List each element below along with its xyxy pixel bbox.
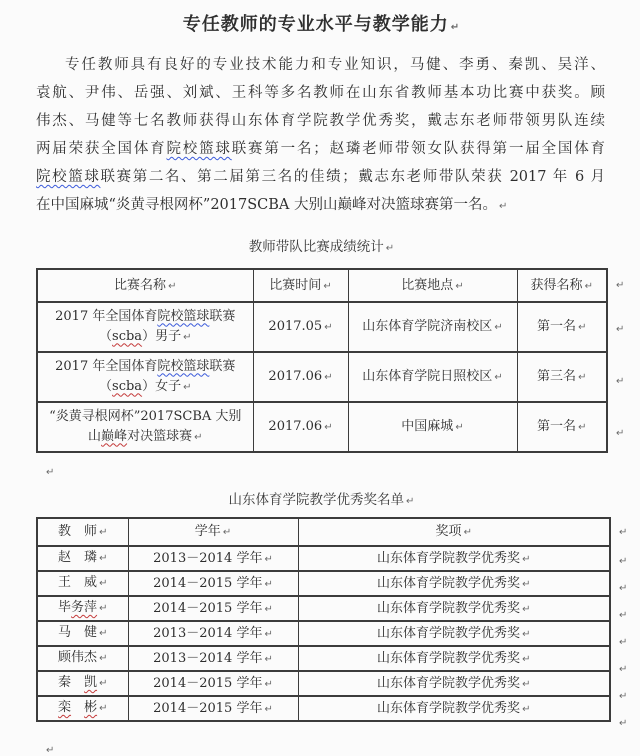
cell-award: 第三名↵ <box>517 352 607 402</box>
cell-line: 王 威↵ <box>40 573 126 594</box>
awards-table-block: 教 师↵学年↵奖项↵ 赵 璘↵2013－2014 学年↵山东体育学院教学优秀奖↵… <box>36 517 607 737</box>
results-table: 比赛名称↵比赛时间↵比赛地点↵获得名称↵ 2017 年全国体育院校篮球联赛（sc… <box>36 268 608 453</box>
return-mark: ↵ <box>522 604 530 615</box>
return-mark: ↵ <box>183 332 191 343</box>
cell-line: （scba）男子↵ <box>40 327 251 348</box>
return-mark: ↵ <box>324 422 332 433</box>
table-row: 2017 年全国体育院校篮球联赛（scba）女子↵2017.06↵山东体育学院日… <box>37 352 607 402</box>
results-table-rail: ↵↵↵↵ <box>608 268 624 459</box>
text-segment: 山 <box>88 429 101 444</box>
return-mark: ↵ <box>451 22 460 33</box>
text-segment: 马 健 <box>58 625 97 640</box>
results-table-caption-text: 教师带队比赛成绩统计 <box>249 239 384 255</box>
cell-line: 顾伟杰↵ <box>40 648 126 669</box>
empty-paragraph: ↵ <box>44 463 607 477</box>
text-segment: （ <box>99 329 112 344</box>
awards-table: 教 师↵学年↵奖项↵ 赵 璘↵2013－2014 学年↵山东体育学院教学优秀奖↵… <box>36 517 611 722</box>
text-segment: 联赛 <box>209 359 235 374</box>
cell-time: 2017.06↵ <box>253 402 348 452</box>
column-header: 比赛时间↵ <box>253 269 348 302</box>
text-segment: 院校篮球 <box>157 359 209 374</box>
cell-name: 2017 年全国体育院校篮球联赛（scba）女子↵ <box>37 352 253 402</box>
cell-text: 第一名 <box>537 419 576 434</box>
return-mark: ↵ <box>99 678 107 689</box>
return-mark: ↵ <box>223 527 231 538</box>
cell-year: 2013－2014 学年↵ <box>128 546 298 571</box>
return-mark: ↵ <box>46 467 54 478</box>
row-end-mark: ↵ <box>611 629 627 656</box>
text-segment: 伟杰、马健等七名教师获得山东体育学院教学优秀奖，戴志东老师带领男队连续 <box>36 113 605 129</box>
text-segment: “炎黄寻根网杯”2017SCBA 大别 <box>49 409 241 424</box>
text-segment: 2017 年全国体育 <box>55 309 157 324</box>
text-segment: 凯 <box>84 675 97 690</box>
return-mark: ↵ <box>168 281 176 292</box>
row-end-mark: ↵ <box>611 683 627 710</box>
cell-teacher: 马 健↵ <box>37 621 128 646</box>
cell-year: 2013－2014 学年↵ <box>128 621 298 646</box>
cell-line: 山巅峰对决篮球赛↵ <box>40 427 251 448</box>
cell-text: 山东体育学院教学优秀奖 <box>377 701 520 716</box>
cell-line: “炎黄寻根网杯”2017SCBA 大别 <box>40 407 251 427</box>
return-mark: ↵ <box>99 603 107 614</box>
return-mark: ↵ <box>494 372 502 383</box>
table-row: 顾伟杰↵2013－2014 学年↵山东体育学院教学优秀奖↵ <box>37 646 610 671</box>
table-row: 王 威↵2014－2015 学年↵山东体育学院教学优秀奖↵ <box>37 571 610 596</box>
cell-text: 2014－2015 学年 <box>153 676 262 691</box>
cell-text: 2013－2014 学年 <box>153 651 262 666</box>
body-paragraph: 专任教师具有良好的专业技术能力和专业知识，马健、李勇、秦凯、吴洋、袁航、尹伟、岳… <box>36 51 605 219</box>
table-row: 赵 璘↵2013－2014 学年↵山东体育学院教学优秀奖↵ <box>37 546 610 571</box>
return-mark: ↵ <box>619 637 627 648</box>
return-mark: ↵ <box>99 527 107 538</box>
cell-award: 山东体育学院教学优秀奖↵ <box>298 571 610 596</box>
cell-name: 2017 年全国体育院校篮球联赛（scba）男子↵ <box>37 302 253 352</box>
row-end-mark: ↵ <box>608 355 624 407</box>
page-title-text: 专任教师的专业水平与教学能力 <box>183 14 449 35</box>
return-mark: ↵ <box>323 281 331 292</box>
table-row: “炎黄寻根网杯”2017SCBA 大别山巅峰对决篮球赛↵2017.06↵中国麻城… <box>37 402 607 452</box>
cell-award: 山东体育学院教学优秀奖↵ <box>298 596 610 621</box>
cell-line: 2017 年全国体育院校篮球联赛 <box>40 307 251 327</box>
text-segment: 毕 <box>58 600 71 615</box>
return-mark: ↵ <box>455 422 463 433</box>
text-segment: ）男子 <box>142 329 181 344</box>
cell-award: 第一名↵ <box>517 302 607 352</box>
return-mark: ↵ <box>99 653 107 664</box>
return-mark: ↵ <box>522 629 530 640</box>
return-mark: ↵ <box>264 554 272 565</box>
cell-award: 山东体育学院教学优秀奖↵ <box>298 546 610 571</box>
row-end-mark: ↵ <box>611 517 627 548</box>
column-header: 学年↵ <box>128 518 298 546</box>
return-mark: ↵ <box>264 679 272 690</box>
column-header: 获得名称↵ <box>517 269 607 302</box>
paragraph-line: 袁航、尹伟、岳强、刘斌、王科等多名教师在山东省教师基本功比赛中获奖。顾 <box>36 79 605 107</box>
return-mark: ↵ <box>522 579 530 590</box>
text-segment: 袁航、尹伟、岳强、刘斌、王科等多名教师在山东省教师基本功比赛中获奖。顾 <box>36 85 605 101</box>
cell-year: 2013－2014 学年↵ <box>128 646 298 671</box>
column-header: 奖项↵ <box>298 518 610 546</box>
paragraph-line: 两届荣获全国体育院校篮球联赛第一名；赵璘老师带领女队获得第一届全国体育 <box>36 135 605 163</box>
text-segment: 专任教师具有良好的专业技术能力和专业知识，马健、李勇、秦凯、吴洋、 <box>65 57 605 73</box>
row-end-mark: ↵ <box>611 575 627 602</box>
cell-place: 山东体育学院日照校区↵ <box>348 352 517 402</box>
text-segment: 对决篮球赛 <box>127 429 192 444</box>
return-mark: ↵ <box>499 201 507 212</box>
return-mark: ↵ <box>619 556 627 567</box>
cell-text: 山东体育学院教学优秀奖 <box>377 626 520 641</box>
cell-line: 毕务萍↵ <box>40 598 126 619</box>
cell-award: 山东体育学院教学优秀奖↵ <box>298 621 610 646</box>
cell-year: 2014－2015 学年↵ <box>128 571 298 596</box>
awards-table-caption: 山东体育学院教学优秀奖名单↵ <box>36 490 607 512</box>
text-segment: 2017 年全国体育 <box>55 359 157 374</box>
cell-place: 山东体育学院济南校区↵ <box>348 302 517 352</box>
text-segment: 彬 <box>84 700 97 715</box>
cell-line: 赵 璘↵ <box>40 548 126 569</box>
text-segment: （ <box>99 379 112 394</box>
return-mark: ↵ <box>406 496 414 507</box>
column-header: 教 师↵ <box>37 518 128 546</box>
header-label: 学年 <box>195 524 221 539</box>
return-mark: ↵ <box>194 432 202 443</box>
return-mark: ↵ <box>99 628 107 639</box>
cell-teacher: 王 威↵ <box>37 571 128 596</box>
results-table-caption: 教师带队比赛成绩统计↵ <box>36 237 607 259</box>
return-mark: ↵ <box>183 382 191 393</box>
return-mark: ↵ <box>619 664 627 675</box>
return-mark: ↵ <box>619 583 627 594</box>
cell-year: 2014－2015 学年↵ <box>128 671 298 696</box>
paragraph-line: 院校篮球联赛第二名、第二届第三名的佳绩；戴志东老师带队荣获 2017 年 6 月 <box>36 163 605 191</box>
text-segment: scba <box>112 329 142 344</box>
cell-text: 2017.05 <box>268 319 322 334</box>
return-mark: ↵ <box>616 376 624 387</box>
text-segment: 务萍 <box>71 600 97 615</box>
return-mark: ↵ <box>99 703 107 714</box>
table-row: 毕务萍↵2014－2015 学年↵山东体育学院教学优秀奖↵ <box>37 596 610 621</box>
results-table-block: 比赛名称↵比赛时间↵比赛地点↵获得名称↵ 2017 年全国体育院校篮球联赛（sc… <box>36 268 607 459</box>
table-row: 秦 凯↵2014－2015 学年↵山东体育学院教学优秀奖↵ <box>37 671 610 696</box>
return-mark: ↵ <box>324 322 332 333</box>
cell-teacher: 赵 璘↵ <box>37 546 128 571</box>
cell-teacher: 毕务萍↵ <box>37 596 128 621</box>
return-mark: ↵ <box>522 554 530 565</box>
cell-award: 山东体育学院教学优秀奖↵ <box>298 696 610 721</box>
return-mark: ↵ <box>585 281 593 292</box>
header-row: 比赛名称↵比赛时间↵比赛地点↵获得名称↵ <box>37 269 607 302</box>
return-mark: ↵ <box>578 372 586 383</box>
return-mark: ↵ <box>616 324 624 335</box>
text-segment: 院校篮球 <box>36 169 100 185</box>
awards-table-caption-text: 山东体育学院教学优秀奖名单 <box>229 492 405 508</box>
header-label: 获得名称 <box>531 278 583 293</box>
cell-line: 2017 年全国体育院校篮球联赛 <box>40 357 251 377</box>
return-mark: ↵ <box>264 704 272 715</box>
page-title: 专任教师的专业水平与教学能力↵ <box>36 12 607 41</box>
return-mark: ↵ <box>264 654 272 665</box>
cell-text: 中国麻城 <box>401 419 453 434</box>
column-header: 比赛名称↵ <box>37 269 253 302</box>
cell-text: 山东体育学院教学优秀奖 <box>377 551 520 566</box>
cell-text: 2013－2014 学年 <box>153 551 262 566</box>
row-end-mark: ↵ <box>611 656 627 683</box>
cell-line: 栾 彬↵ <box>40 698 126 719</box>
header-label: 比赛名称 <box>114 278 166 293</box>
cell-text: 山东体育学院日照校区 <box>362 369 492 384</box>
return-mark: ↵ <box>616 280 624 291</box>
table-row: 栾 彬↵2014－2015 学年↵山东体育学院教学优秀奖↵ <box>37 696 610 721</box>
document-page: 专任教师的专业水平与教学能力↵ 专任教师具有良好的专业技术能力和专业知识，马健、… <box>0 0 640 756</box>
cell-text: 2014－2015 学年 <box>153 576 262 591</box>
return-mark: ↵ <box>619 527 627 538</box>
awards-table-rail: ↵↵↵↵↵↵↵↵ <box>611 517 627 737</box>
row-end-mark: ↵ <box>611 710 627 737</box>
return-mark: ↵ <box>616 428 624 439</box>
cell-text: 第三名 <box>537 369 576 384</box>
cell-place: 中国麻城↵ <box>348 402 517 452</box>
header-label: 教 师 <box>58 524 97 539</box>
return-mark: ↵ <box>386 243 394 254</box>
text-segment: 顾伟杰 <box>58 650 97 665</box>
return-mark: ↵ <box>619 610 627 621</box>
text-segment: 两届荣获全国体育 <box>36 141 166 157</box>
row-end-mark: ↵ <box>608 303 624 355</box>
column-header: 比赛地点↵ <box>348 269 517 302</box>
cell-award: 山东体育学院教学优秀奖↵ <box>298 646 610 671</box>
text-segment: ）女子 <box>142 379 181 394</box>
paragraph-line: 在中国麻城“炎黄寻根网杯”2017SCBA 大别山巅峰对决篮球赛第一名。↵ <box>36 191 605 219</box>
row-end-mark: ↵ <box>611 548 627 575</box>
cell-text: 山东体育学院济南校区 <box>362 319 492 334</box>
header-label: 比赛地点 <box>401 278 453 293</box>
paragraph-line: 专任教师具有良好的专业技术能力和专业知识，马健、李勇、秦凯、吴洋、 <box>36 51 605 79</box>
cell-award: 山东体育学院教学优秀奖↵ <box>298 671 610 696</box>
text-segment: 巅峰 <box>101 429 127 444</box>
return-mark: ↵ <box>522 654 530 665</box>
cell-time: 2017.06↵ <box>253 352 348 402</box>
cell-text: 山东体育学院教学优秀奖 <box>377 651 520 666</box>
return-mark: ↵ <box>578 422 586 433</box>
return-mark: ↵ <box>522 704 530 715</box>
text-segment: 院校篮球 <box>157 309 209 324</box>
cell-text: 山东体育学院教学优秀奖 <box>377 576 520 591</box>
row-end-mark: ↵ <box>611 602 627 629</box>
header-label: 比赛时间 <box>269 278 321 293</box>
cell-year: 2014－2015 学年↵ <box>128 696 298 721</box>
return-mark: ↵ <box>264 629 272 640</box>
text-segment: 赵 璘 <box>58 550 97 565</box>
text-segment: 联赛第二名、第二届第三名的佳绩；戴志东老师带队荣获 2017 年 6 月 <box>100 169 605 185</box>
cell-line: 马 健↵ <box>40 623 126 644</box>
cell-teacher: 秦 凯↵ <box>37 671 128 696</box>
return-mark: ↵ <box>324 372 332 383</box>
cell-text: 山东体育学院教学优秀奖 <box>377 601 520 616</box>
text-segment: 在中国麻城“炎黄寻根网杯”2017SCBA 大别山巅峰对决篮球赛第一名。 <box>36 197 497 213</box>
return-mark: ↵ <box>99 578 107 589</box>
cell-line: （scba）女子↵ <box>40 377 251 398</box>
return-mark: ↵ <box>494 322 502 333</box>
cell-name: “炎黄寻根网杯”2017SCBA 大别山巅峰对决篮球赛↵ <box>37 402 253 452</box>
return-mark: ↵ <box>619 691 627 702</box>
text-segment: 王 威 <box>58 575 97 590</box>
return-mark: ↵ <box>464 527 472 538</box>
table-row: 2017 年全国体育院校篮球联赛（scba）男子↵2017.05↵山东体育学院济… <box>37 302 607 352</box>
row-end-mark: ↵ <box>608 268 624 303</box>
cell-text: 2014－2015 学年 <box>153 701 262 716</box>
header-label: 奖项 <box>436 524 462 539</box>
return-mark: ↵ <box>99 553 107 564</box>
text-segment: 秦 <box>58 675 84 690</box>
text-segment: 院校篮球 <box>166 141 231 157</box>
row-end-mark: ↵ <box>608 407 624 459</box>
cell-teacher: 栾 彬↵ <box>37 696 128 721</box>
cell-award: 第一名↵ <box>517 402 607 452</box>
cell-year: 2014－2015 学年↵ <box>128 596 298 621</box>
cell-text: 山东体育学院教学优秀奖 <box>377 676 520 691</box>
return-mark: ↵ <box>619 718 627 729</box>
text-segment: 联赛第一名；赵璘老师带领女队获得第一届全国体育 <box>232 141 605 157</box>
text-segment <box>71 700 84 715</box>
text-segment: 联赛 <box>209 309 235 324</box>
cell-text: 2017.06 <box>268 369 322 384</box>
cell-time: 2017.05↵ <box>253 302 348 352</box>
return-mark: ↵ <box>578 322 586 333</box>
return-mark: ↵ <box>522 679 530 690</box>
return-mark: ↵ <box>264 604 272 615</box>
cell-teacher: 顾伟杰↵ <box>37 646 128 671</box>
cell-text: 第一名 <box>537 319 576 334</box>
return-mark: ↵ <box>264 579 272 590</box>
text-segment: scba <box>112 379 142 394</box>
table-row: 马 健↵2013－2014 学年↵山东体育学院教学优秀奖↵ <box>37 621 610 646</box>
paragraph-line: 伟杰、马健等七名教师获得山东体育学院教学优秀奖，戴志东老师带领男队连续 <box>36 107 605 135</box>
return-mark: ↵ <box>46 745 54 756</box>
cell-line: 秦 凯↵ <box>40 673 126 694</box>
empty-paragraph: ↵ <box>44 741 607 755</box>
return-mark: ↵ <box>455 281 463 292</box>
text-segment: 栾 <box>58 700 71 715</box>
cell-text: 2017.06 <box>268 419 322 434</box>
cell-text: 2013－2014 学年 <box>153 626 262 641</box>
header-row: 教 师↵学年↵奖项↵ <box>37 518 610 546</box>
cell-text: 2014－2015 学年 <box>153 601 262 616</box>
